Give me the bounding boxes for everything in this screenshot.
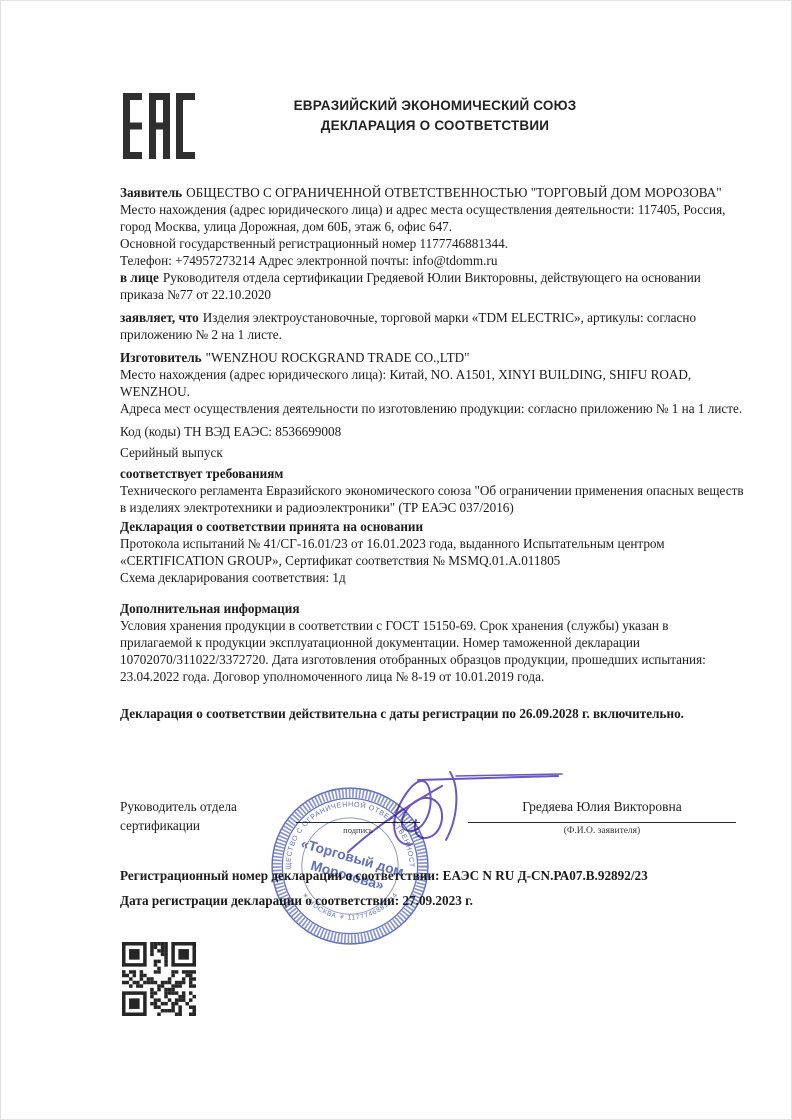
paragraph-manufacturer: Изготовитель"WENZHOU ROCKGRAND TRADE CO.… [120,349,744,366]
paragraph-text: Серийный выпуск [120,445,223,460]
paragraph-tnved-code: Код (коды) ТН ВЭД ЕАЭС: 8536699008 [120,423,744,440]
paragraph-text: Место нахождения (адрес юридического лиц… [120,367,691,399]
paragraph-validity: Декларация о соответствии действительна … [120,705,744,722]
qr-code [122,942,196,1016]
paragraph-label: соответствует требованиям [120,466,283,481]
paragraph-representative: в лицеРуководителя отдела сертификации Г… [120,269,744,303]
paragraph-label: Дополнительная информация [120,601,299,616]
paragraph-label: Декларация о соответствии принята на осн… [120,519,423,534]
document-header: ЕВРАЗИЙСКИЙ ЭКОНОМИЧЕСКИЙ СОЮЗ ДЕКЛАРАЦИ… [230,96,640,136]
heading-declaration-basis: Декларация о соответствии принята на осн… [120,518,744,535]
paragraph-text: Технического регламента Евразийского эко… [120,483,744,515]
paragraph-serial-release: Серийный выпуск [120,444,744,461]
paragraph-text: Схема декларирования соответствия: 1д [120,570,346,585]
paragraph-text: Изделия электроустановочные, торговой ма… [120,310,696,342]
document-body: ЗаявительОБЩЕСТВО С ОГРАНИЧЕННОЙ ОТВЕТСТ… [120,184,744,722]
paragraph-applicant: ЗаявительОБЩЕСТВО С ОГРАНИЧЕННОЙ ОТВЕТСТ… [120,184,744,201]
paragraph-label: Заявитель [120,185,182,200]
document-title: ДЕКЛАРАЦИЯ О СООТВЕТСТВИИ [230,116,640,136]
stamp-ring-bottom-text: ✳ МОСКВА ✳ 1177746881344 [300,891,399,922]
paragraph-declares: заявляет, чтоИзделия электроустановочные… [120,309,744,343]
paragraph-label: Изготовитель [120,350,202,365]
paragraph-text: ОБЩЕСТВО С ОГРАНИЧЕННОЙ ОТВЕТСТВЕННОСТЬЮ… [186,185,721,200]
paragraph-text: Код (коды) ТН ВЭД ЕАЭС: 8536699008 [120,424,341,439]
paragraph-regulation: Технического регламента Евразийского эко… [120,482,744,516]
paragraph-text: Основной государственный регистрационный… [120,236,508,251]
handwritten-signature [300,752,580,867]
paragraph-ogrn: Основной государственный регистрационный… [120,235,744,252]
paragraph-additional-info: Условия хранения продукции в соответстви… [120,617,744,685]
paragraph-label: Декларация о соответствии действительна … [120,706,684,721]
union-name: ЕВРАЗИЙСКИЙ ЭКОНОМИЧЕСКИЙ СОЮЗ [230,96,640,116]
paragraph-label: в лице [120,270,159,285]
paragraph-applicant-address: Место нахождения (адрес юридического лиц… [120,201,744,235]
paragraph-text: Место нахождения (адрес юридического лиц… [120,202,725,234]
heading-meets-requirements: соответствует требованиям [120,465,744,482]
paragraph-label: заявляет, что [120,310,199,325]
paragraph-manufacturer-address: Место нахождения (адрес юридического лиц… [120,366,744,400]
paragraph-text: Руководителя отдела сертификации Гредяев… [120,270,701,302]
paragraph-contacts: Телефон: +74957273214 Адрес электронной … [120,252,744,269]
paragraph-test-report: Протокола испытаний № 41/СГ-16.01/23 от … [120,535,744,569]
eac-logo-icon [123,93,195,161]
registration-date-line: Дата регистрации декларации о соответств… [120,893,760,909]
paragraph-text: Протокола испытаний № 41/СГ-16.01/23 от … [120,536,665,568]
paragraph-text: Адреса мест осуществления деятельности п… [120,401,742,416]
registration-number-line: Регистрационный номер декларации о соотв… [120,868,760,884]
declaration-document: ЕВРАЗИЙСКИЙ ЭКОНОМИЧЕСКИЙ СОЮЗ ДЕКЛАРАЦИ… [0,0,792,1120]
paragraph-production-addresses: Адреса мест осуществления деятельности п… [120,400,744,417]
paragraph-declaration-scheme: Схема декларирования соответствия: 1д [120,569,744,586]
heading-additional-info: Дополнительная информация [120,600,744,617]
paragraph-text: "WENZHOU ROCKGRAND TRADE CO.,LTD" [206,350,470,365]
paragraph-text: Условия хранения продукции в соответстви… [120,618,706,684]
paragraph-text: Телефон: +74957273214 Адрес электронной … [120,253,497,268]
